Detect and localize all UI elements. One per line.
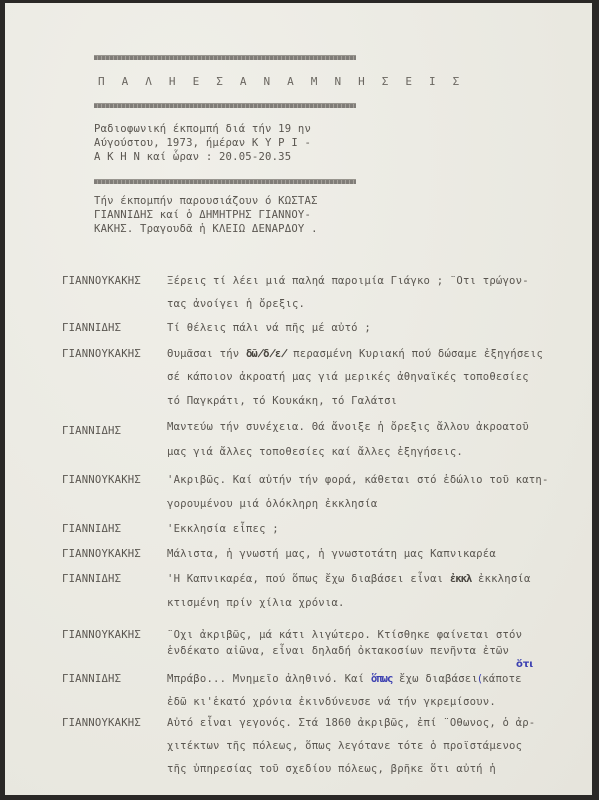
dialogue-line: κτισμένη πρίν χίλια χρόνια.: [167, 597, 345, 609]
dialogue-line: τῆς ὑπηρεσίας τοῦ σχεδίου πόλεως, βρῆκε …: [167, 763, 496, 775]
dialogue-text: Μπράβο... Μνημεῖο ἀληθινό. Καί: [167, 673, 364, 685]
handwritten-annotation: ὅτι: [516, 659, 533, 670]
dialogue-line: Ξέρεις τί λέει μιά παληά παροιμία Γιάγκο…: [167, 275, 529, 287]
dialogue-line: τας ἀνοίγει ἡ ὄρεξις.: [167, 298, 305, 310]
dialogue-line: Αὐτό εἶναι γεγονός. Στά 1860 ἀκριβῶς, ἐπ…: [167, 717, 535, 729]
dialogue-line: Τί θέλεις πάλι νά πῆς μέ αὐτό ;: [167, 322, 371, 334]
struck-out-word: ἐκκλ: [450, 573, 472, 585]
dialogue-text: 'Η Καπνικαρέα, πού ὅπως ἔχω διαβάσει εἶν…: [167, 573, 443, 585]
speaker-name: ΓΙΑΝΝΙΔΗΣ: [62, 322, 121, 334]
speaker-name: ΓΙΑΝΝΟΥΚΑΚΗΣ: [62, 629, 141, 641]
dialogue-text: περασμένη Κυριακή πού δώσαμε ἐξηγήσεις: [293, 348, 543, 360]
dialogue-line: γορουμένου μιά ὁλόκληρη ἐκκλησία: [167, 498, 378, 510]
speaker-name: ΓΙΑΝΝΟΥΚΑΚΗΣ: [62, 275, 141, 287]
dialogue-line: χιτέκτων τῆς πόλεως, ὅπως λεγότανε τότε …: [167, 740, 522, 752]
struck-out-word: δῶ̸δ̸ε̸: [246, 348, 287, 360]
speaker-name: ΓΙΑΝΝΙΔΗΣ: [62, 523, 121, 535]
dialogue-text: κάποτε: [482, 673, 521, 685]
speaker-name: ΓΙΑΝΝΙΔΗΣ: [62, 673, 121, 685]
broadcast-info-line-2: Αύγούστου, 1973, ήμέραν Κ Υ Ρ Ι -: [94, 137, 311, 149]
dialogue-line: τό Παγκράτι, τό Κουκάκη, τό Γαλάτσι: [167, 395, 397, 407]
speaker-name: ΓΙΑΝΝΟΥΚΑΚΗΣ: [62, 717, 141, 729]
dialogue-line: Θυμᾶσαι τήν δῶ̸δ̸ε̸ περασμένη Κυριακή πο…: [167, 348, 543, 360]
dialogue-text: ἔχω διαβάσει: [399, 673, 478, 685]
header-rule-top: [94, 55, 356, 60]
dialogue-line: μας γιά ἄλλες τοποθεσίες καί ἄλλες ἐξηγή…: [167, 446, 463, 458]
header-rule-bottom: [94, 179, 356, 184]
speaker-name: ΓΙΑΝΝΟΥΚΑΚΗΣ: [62, 548, 141, 560]
dialogue-line: 'Ακριβῶς. Καί αὐτήν τήν φορά, κάθεται στ…: [167, 474, 549, 486]
document-title: Π Α Λ Η Ε Σ Α Ν Α Μ Ν Η Σ Ε Ι Σ: [98, 75, 465, 88]
dialogue-text: ἐκκλησία: [478, 573, 531, 585]
speaker-name: ΓΙΑΝΝΟΥΚΑΚΗΣ: [62, 348, 141, 360]
dialogue-text: Θυμᾶσαι τήν: [167, 348, 239, 360]
dialogue-line: ἑνδέκατο αἰῶνα, εἶναι δηλαδή ὀκτακοσίων …: [167, 645, 509, 657]
dialogue-line: Μπράβο... Μνημεῖο ἀληθινό. Καί ὅπως ἔχω …: [167, 673, 522, 685]
presenters-line-2: ΓΙΑΝΝΙΔΗΣ καί ὁ ΔΗΜΗΤΡΗΣ ΓΙΑΝΝΟΥ-: [94, 209, 311, 221]
dialogue-line: σέ κάποιον ἀκροατή μας γιά μερικές ἀθηνα…: [167, 371, 529, 383]
dialogue-line: ¨Οχι ἀκριβῶς, μά κάτι λιγώτερο. Κτίσθηκε…: [167, 629, 522, 641]
speaker-name: ΓΙΑΝΝΟΥΚΑΚΗΣ: [62, 474, 141, 486]
dialogue-line: Μαντεύω τήν συνέχεια. Θά ἄνοιξε ἡ ὄρεξις…: [167, 421, 529, 433]
dialogue-line: 'Η Καπνικαρέα, πού ὅπως ἔχω διαβάσει εἶν…: [167, 573, 531, 585]
broadcast-info-line-1: Ραδιοφωνική έκπομπή διά τήν 19 ην: [94, 123, 311, 135]
presenters-line-1: Τήν έκπομπήν παρουσιάζουν ό ΚΩΣΤΑΣ: [94, 195, 318, 207]
pen-crossed-word: ὅπως: [371, 673, 393, 685]
speaker-name: ΓΙΑΝΝΙΔΗΣ: [62, 425, 121, 437]
document-page: Π Α Λ Η Ε Σ Α Ν Α Μ Ν Η Σ Ε Ι Σ Ραδιοφων…: [5, 3, 592, 795]
broadcast-info-line-3: Α Κ Η Ν καί ὧραν : 20.05-20.35: [94, 151, 291, 163]
speaker-name: ΓΙΑΝΝΙΔΗΣ: [62, 573, 121, 585]
header-rule-middle: [94, 103, 356, 108]
dialogue-line: 'Εκκλησία εἶπες ;: [167, 523, 279, 535]
dialogue-line: ἐδῶ κι'ἑκατό χρόνια ἐκινδύνευσε νά τήν γ…: [167, 696, 496, 708]
dialogue-line: Μάλιστα, ἡ γνωστή μας, ἡ γνωστοτάτη μας …: [167, 548, 496, 560]
presenters-line-3: ΚΑΚΗΣ. Τραγουδᾶ ἡ ΚΛΕΙΩ ΔΕΝΑΡΔΟΥ .: [94, 223, 318, 235]
